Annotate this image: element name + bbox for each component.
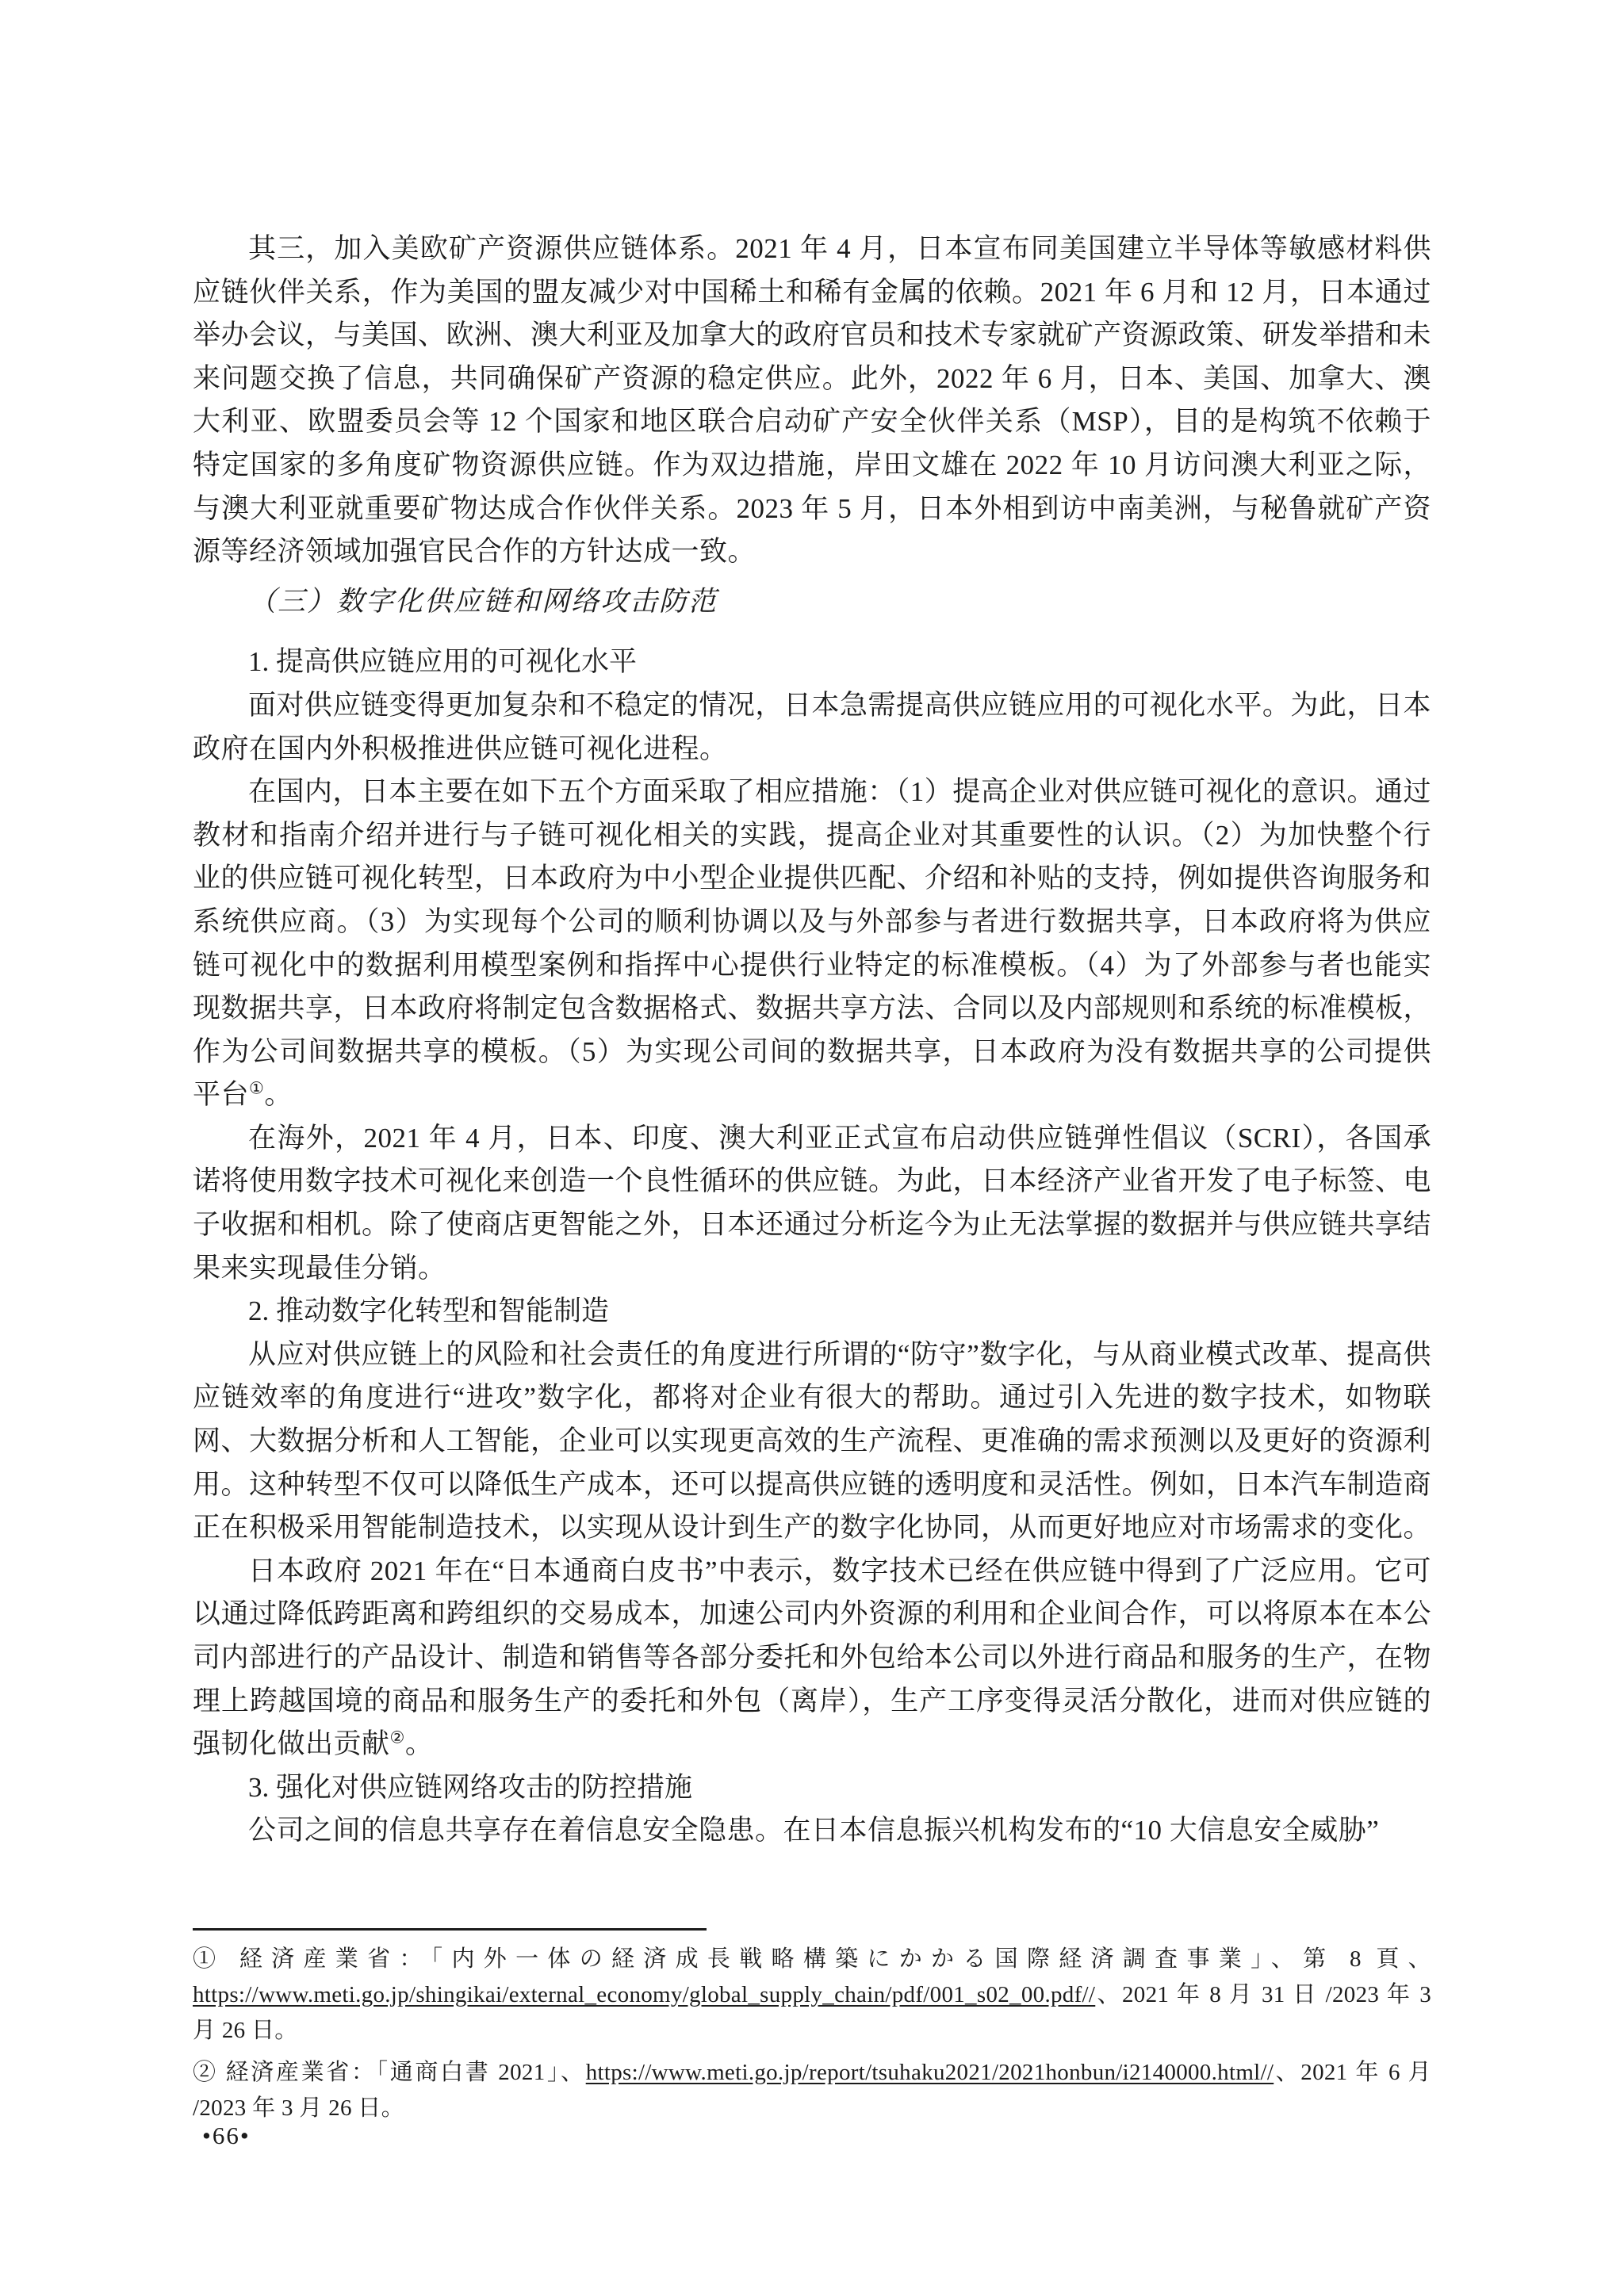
paragraph-text: 在国内，日本主要在如下五个方面采取了相应措施：（1）提高企业对供应链可视化的意识… [193,776,1431,1110]
paragraph-domestic-measures: 在国内，日本主要在如下五个方面采取了相应措施：（1）提高企业对供应链可视化的意识… [193,771,1431,1117]
paragraph-digital-transformation: 从应对供应链上的风险和社会责任的角度进行所谓的“防守”数字化，与从商业模式改革、… [193,1334,1431,1550]
subheading-2-digital-transformation: 2. 推动数字化转型和智能制造 [193,1290,1431,1334]
footnote-2-marker: ② [193,2060,218,2085]
document-page: 其三，加入美欧矿产资源供应链体系。2021 年 4 月，日本宣布同美国建立半导体… [0,0,1624,2296]
footnote-1-marker: ① [193,1946,224,1972]
footnote-1-text: 経済産業省：「内外一体の経済成長戦略構築にかかる国際経済調査事業」、第 8 頁、 [224,1946,1431,1972]
section-heading-3: （三）数字化供应链和网络攻击防范 [193,580,1431,624]
subheading-3-cyber-attack: 3. 强化对供应链网络攻击的防控措施 [193,1766,1431,1810]
footnote-ref-1: ① [249,1079,264,1098]
footnote-1: ① 経済産業省：「内外一体の経済成長戦略構築にかかる国際経済調査事業」、第 8 … [193,1942,1431,2049]
footnote-ref-2: ② [390,1728,405,1747]
paragraph-overseas-scri: 在海外，2021 年 4 月，日本、印度、澳大利亚正式宣布启动供应链弹性倡议（S… [193,1117,1431,1290]
footnote-2: ② 経済産業省：「通商白書 2021」、https://www.meti.go.… [193,2055,1431,2126]
paragraph-text: 日本政府 2021 年在“日本通商白皮书”中表示，数字技术已经在供应链中得到了广… [193,1556,1431,1759]
paragraph-information-security: 公司之间的信息共享存在着信息安全隐患。在日本信息振兴机构发布的“10 大信息安全… [193,1809,1431,1853]
footnote-1-url: https://www.meti.go.jp/shingikai/externa… [193,1982,1095,2007]
paragraph-visualization-intro: 面对供应链变得更加复杂和不稳定的情况，日本急需提高供应链应用的可视化水平。为此，… [193,684,1431,771]
footnote-section: ① 経済産業省：「内外一体の経済成長戦略構築にかかる国際経済調査事業」、第 8 … [193,1928,1431,2126]
subheading-1-visualization: 1. 提高供应链应用的可视化水平 [193,641,1431,684]
page-number: •66• [202,2122,251,2150]
paragraph-text: 。 [405,1728,434,1759]
paragraph-mineral-supply-chain: 其三，加入美欧矿产资源供应链体系。2021 年 4 月，日本宣布同美国建立半导体… [193,228,1431,574]
page-body: 其三，加入美欧矿产资源供应链体系。2021 年 4 月，日本宣布同美国建立半导体… [193,228,1431,1853]
footnote-2-url: https://www.meti.go.jp/report/tsuhaku202… [586,2060,1274,2085]
footnote-separator [193,1928,707,1931]
paragraph-text: 。 [264,1079,293,1110]
footnote-2-text: 経済産業省：「通商白書 2021」、 [218,2060,586,2085]
paragraph-trade-whitepaper: 日本政府 2021 年在“日本通商白皮书”中表示，数字技术已经在供应链中得到了广… [193,1550,1431,1766]
